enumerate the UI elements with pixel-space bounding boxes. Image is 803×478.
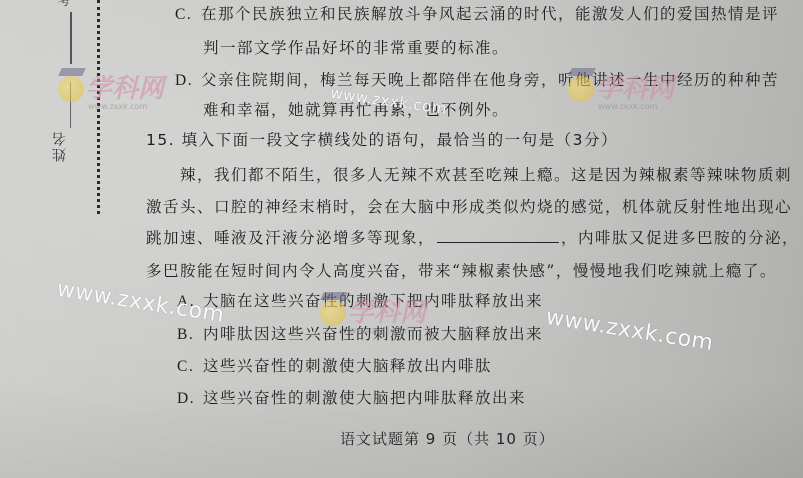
name-label: 姓名 [50,130,70,162]
watermark-logo: 学科网 www.zxxk.com [320,300,426,326]
watermark-url: www.zxxk.com [55,277,226,328]
q15-option-c: C.这些兴奋性的刺激使大脑释放出内啡肽 [177,354,492,376]
option-letter: C. [175,6,201,24]
q15-option-d: D.这些兴奋性的刺激使大脑把内啡肽释放出来 [177,386,526,408]
mascot-icon [58,76,84,102]
q14-option-d-line1: D.父亲住院期间，梅兰每天晚上都陪伴在他身旁，听他讲述一生中经历的种种苦 [175,68,779,90]
mascot-icon [320,300,346,326]
q15-passage-line4: 多巴胺能在短时间内令人高度兴奋，带来“辣椒素快感”，慢慢地我们吃辣就上瘾了。 [146,259,777,281]
page-footer: 语文试题第 9 页（共 10 页） [340,428,555,449]
watermark-url: www.zxxk.com [544,305,715,356]
q14-option-c-line2: 判一部文学作品好坏的非常重要的标准。 [203,36,509,58]
q15-stem: 15. 填入下面一段文字横线处的语句，最恰当的一句是（3分） [146,128,618,150]
answer-blank [437,228,559,243]
q14-option-c-line1: C.在那个民族独立和民族解放斗争风起云涌的时代，能激发人们的爱国热情是评 [175,2,779,24]
q15-passage-line3: 跳加速、唾液及汗液分泌增多等现象，，内啡肽又促进多巴胺的分泌， [146,226,799,248]
watermark-logo: 学科网 www.zxxk.com [58,76,164,102]
option-letter: D. [175,72,201,90]
q15-passage-line1: 辣，我们都不陌生，很多人无辣不欢甚至吃辣上瘾。这是因为辣椒素等辣味物质刺 [180,163,792,185]
margin-top-glyph: 考 [58,0,70,9]
next-page-bleed: ▁▁▁▁▁▁ [250,470,296,478]
q15-passage-line2: 激舌头、口腔的神经末梢时，会在大脑中形成类似灼烧的感觉，机体就反射性地出现心 [146,195,792,217]
mascot-icon [568,76,594,102]
name-underline [70,12,72,64]
watermark-logo: 学科网 www.zxxk.com [568,76,674,102]
